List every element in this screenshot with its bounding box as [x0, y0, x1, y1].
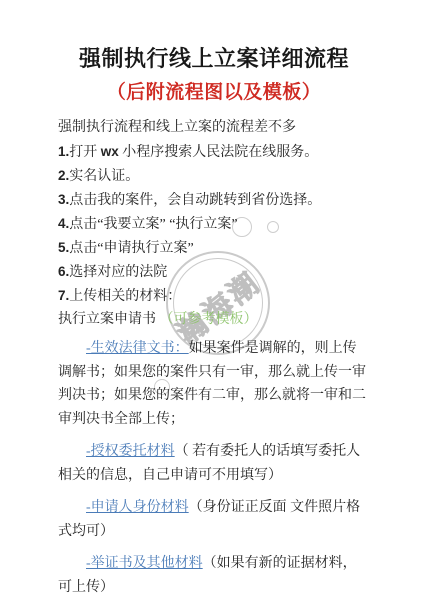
- step-text: 上传相关的材料：: [69, 289, 181, 304]
- material-link-evidence[interactable]: -举证书及其他材料: [86, 556, 203, 571]
- step-text: 点击我的案件，会自动跳转到省份选择。: [69, 193, 321, 208]
- application-doc-line: 执行立案申请书 （可参考模板）: [58, 312, 370, 328]
- material-link-legal-documents[interactable]: -生效法律文书：: [86, 341, 189, 356]
- step-number: 1.: [58, 144, 69, 159]
- step-number: 5.: [58, 240, 69, 255]
- step-text: 打开: [69, 145, 101, 160]
- material-item-applicant-id: -申请人身份材料（身份证正反面 文件照片格式均可）: [58, 496, 370, 543]
- step-item-1: 1.打开 wx 小程序搜索人民法院在线服务。: [58, 144, 370, 160]
- step-item-2: 2.实名认证。: [58, 168, 370, 184]
- material-link-authorization[interactable]: -授权委托材料: [86, 444, 175, 459]
- step-number: 6.: [58, 264, 69, 279]
- step-item-5: 5.点击“申请执行立案”: [58, 240, 370, 256]
- step-item-7: 7.上传相关的材料：: [58, 288, 370, 304]
- step-text: 点击“申请执行立案”: [69, 241, 193, 256]
- step-number: 4.: [58, 216, 69, 231]
- material-item-authorization: -授权委托材料（ 若有委托人的话填写委托人相关的信息，自己申请可不用填写）: [58, 440, 370, 487]
- application-doc-text: 执行立案申请书: [58, 312, 160, 327]
- step-text: 实名认证。: [69, 169, 139, 184]
- wx-app-label: wx: [101, 144, 119, 159]
- step-text: 小程序搜索人民法院在线服务。: [119, 145, 319, 160]
- doc-subtitle: （后附流程图以及模板）: [58, 80, 370, 106]
- step-item-3: 3.点击我的案件，会自动跳转到省份选择。: [58, 192, 370, 208]
- step-number: 3.: [58, 192, 69, 207]
- step-item-6: 6.选择对应的法院: [58, 264, 370, 280]
- template-note: （可参考模板）: [160, 312, 258, 327]
- step-text: 点击“我要立案” “执行立案”: [69, 217, 237, 232]
- intro-paragraph: 强制执行流程和线上立案的流程差不多: [58, 120, 370, 135]
- step-item-4: 4.点击“我要立案” “执行立案”: [58, 216, 370, 232]
- material-link-applicant-id[interactable]: -申请人身份材料: [86, 500, 189, 515]
- step-text: 选择对应的法院: [69, 265, 167, 280]
- doc-title: 强制执行线上立案详细流程: [58, 44, 370, 74]
- step-number: 7.: [58, 288, 69, 303]
- material-item-evidence: -举证书及其他材料（如果有新的证据材料，可上传）: [58, 552, 370, 599]
- step-number: 2.: [58, 168, 69, 183]
- document-page: 瀚海潮 强制执行线上立案详细流程 （后附流程图以及模板） 强制执行流程和线上立案…: [0, 0, 424, 600]
- material-item-legal-documents: -生效法律文书：如果案件是调解的，则上传调解书；如果您的案件只有一审，那么就上传…: [58, 337, 370, 431]
